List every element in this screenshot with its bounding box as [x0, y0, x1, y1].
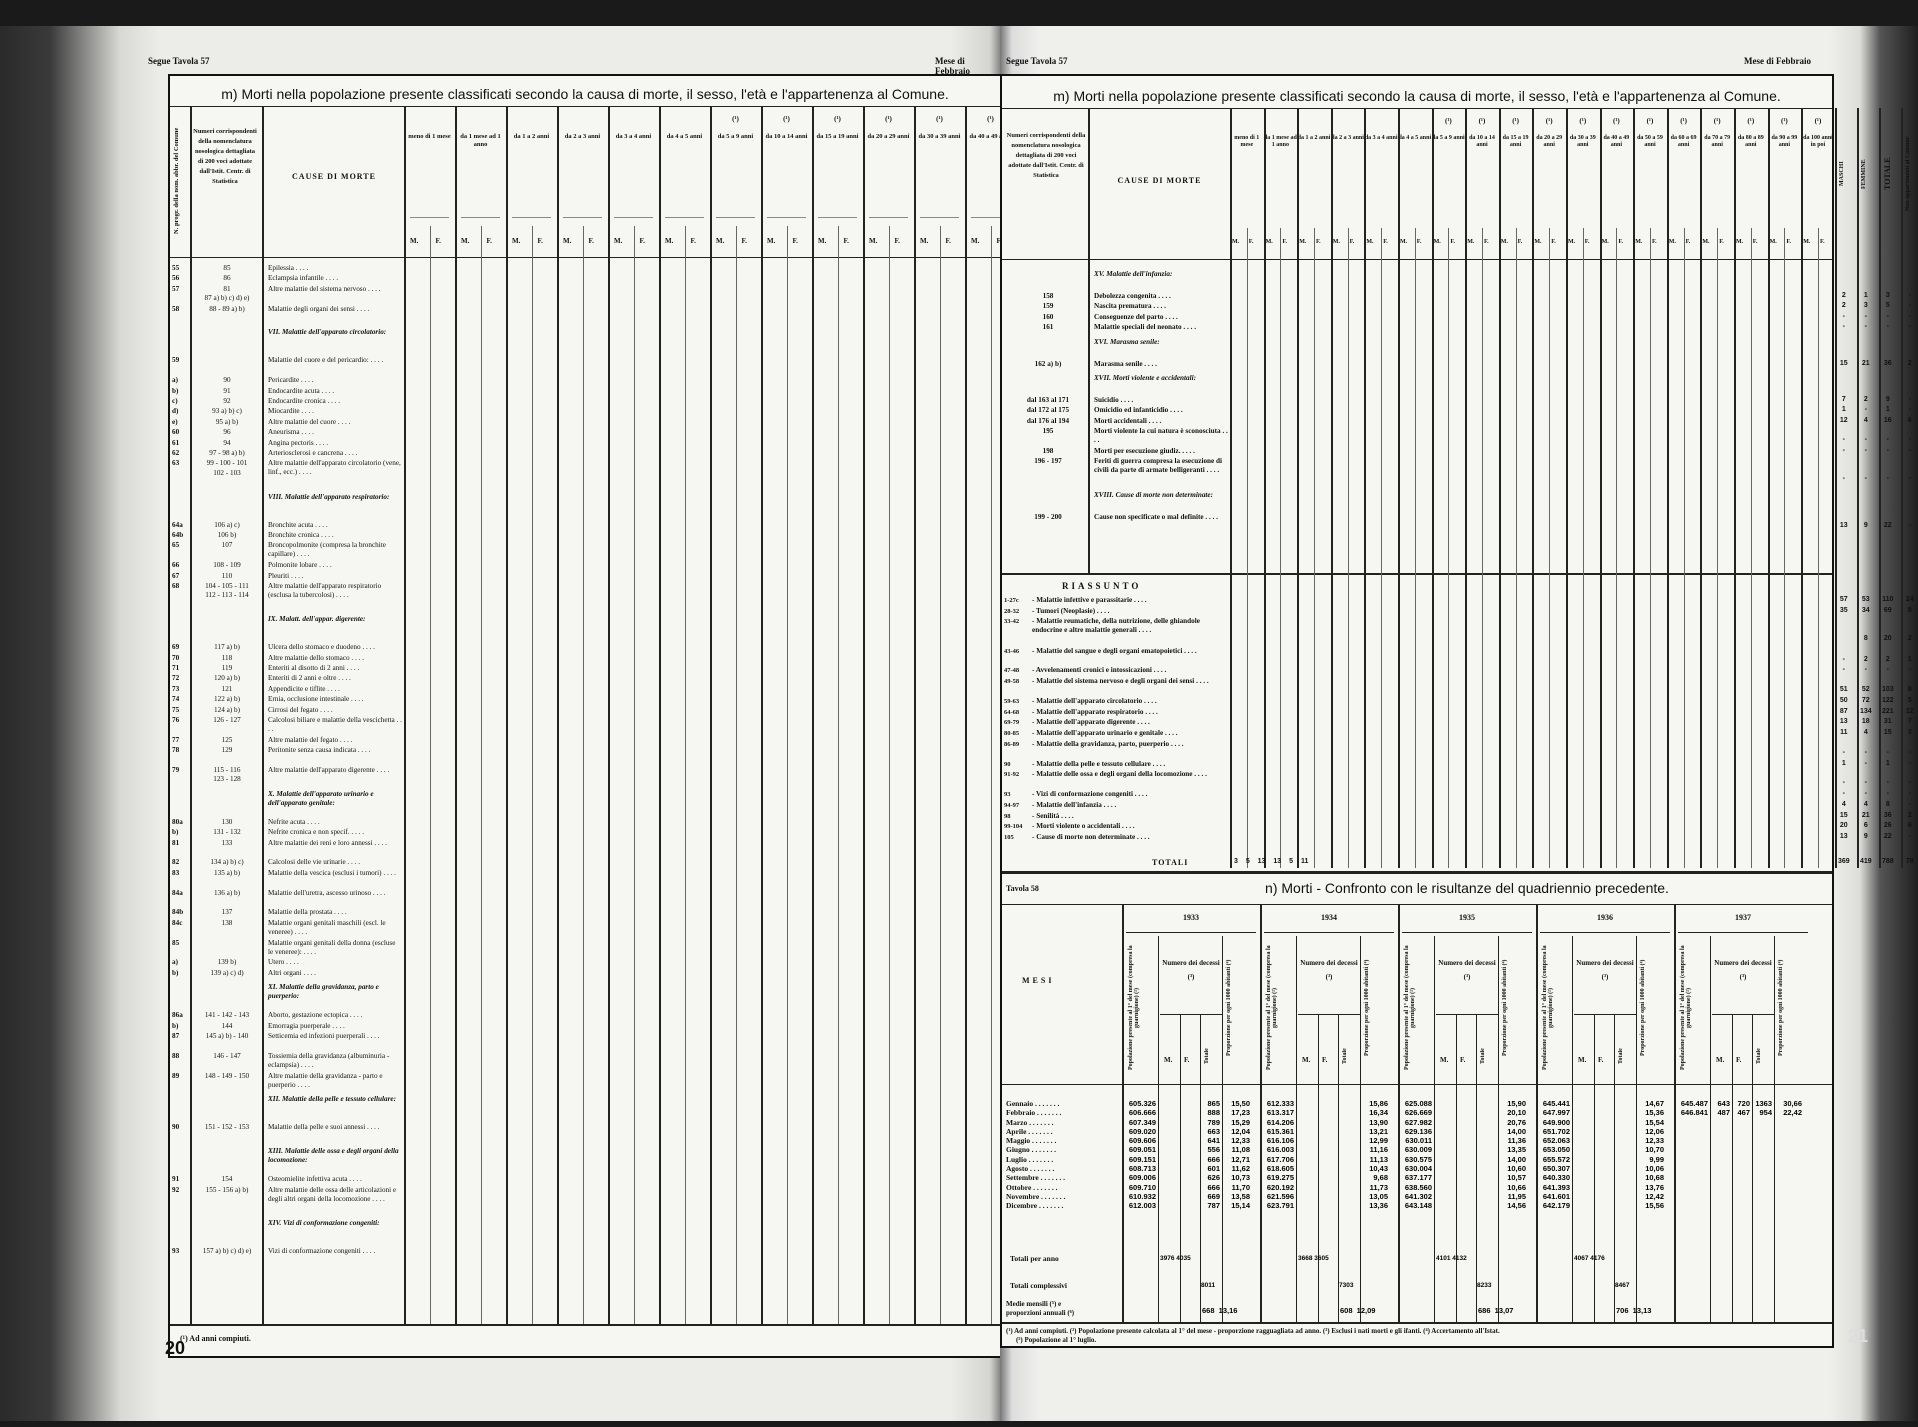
sex-f-label: F. — [1618, 239, 1623, 245]
row-nomenclature: 135 a) b) — [192, 869, 262, 878]
total-cell: - — [1879, 447, 1897, 454]
footnote-marker: (¹) — [761, 115, 812, 123]
row-prog: 92 — [172, 1186, 179, 1195]
row-nomenclature: 159 — [1008, 302, 1088, 311]
row-prog: e) — [172, 418, 178, 427]
proportion-column: 30,66 22,42 — [1774, 1099, 1802, 1118]
row-nomenclature: 161 — [1008, 323, 1088, 332]
age-group-header: da 80 a 89 anni — [1734, 135, 1768, 149]
riassunto-code: 93 — [1004, 790, 1011, 799]
deaths-total-column: 1363 954 — [1752, 1099, 1772, 1118]
col-totale: Totale — [1342, 1036, 1356, 1076]
riassunto-cell: 2 — [1857, 656, 1875, 663]
mortality-table-right: m) Morti nella popolazione presente clas… — [1000, 74, 1834, 1348]
col-m: M. — [1716, 1056, 1724, 1064]
monthly-avg-cell: 686 13,07 — [1478, 1306, 1528, 1315]
age-group-header: da 3 a 4 anni — [609, 133, 658, 141]
row-nomenclature: 198 — [1008, 447, 1088, 456]
riassunto-cell: - — [1879, 790, 1897, 797]
year-header: 1935 — [1398, 914, 1536, 922]
row-nomenclature: 131 - 132 — [192, 828, 262, 837]
col-m: M. — [1578, 1056, 1586, 1064]
footnote-marker: (¹) — [1600, 117, 1634, 125]
totals-complex-cell: 7303 — [1339, 1281, 1359, 1290]
row-totals-year: Totali per anno — [1010, 1254, 1059, 1263]
sex-m-label: M. — [1534, 239, 1541, 245]
riassunto-cell: 24 — [1901, 596, 1918, 603]
sex-f-label: F. — [1282, 239, 1287, 245]
row-cause: Malattie dell'uretra, ascesso urinoso . … — [268, 889, 402, 898]
riassunto-cell: - — [1901, 833, 1918, 840]
row-nomenclature: dal 163 al 171 — [1008, 396, 1088, 405]
total-cell: 5 — [1879, 302, 1897, 309]
comparison-footnote-2: (⁵) Popolazione al 1° luglio. — [1016, 1336, 1096, 1344]
row-prog: 84c — [172, 919, 182, 928]
totals-year-cell: 3976 4035 — [1160, 1254, 1202, 1263]
grand-total-cell: 788 — [1879, 858, 1897, 865]
riassunto-cell: 2 — [1879, 656, 1897, 663]
riassunto-code: 49-58 — [1004, 677, 1019, 686]
grand-total-cell: 78 — [1901, 858, 1918, 865]
riassunto-cell: 7 — [1901, 718, 1918, 725]
riassunto-cause: - Malattie reumatiche, della nutrizione,… — [1032, 617, 1228, 635]
col-proportion: Proporzione per ogni 1000 abitanti (⁴) — [1778, 938, 1806, 1078]
footnote-marker: (¹) — [1499, 117, 1533, 125]
riassunto-cause: - Vizi di conformazione congeniti . . . … — [1032, 790, 1228, 799]
total-cell: 2 — [1901, 360, 1918, 367]
footnote-marker: (¹) — [965, 115, 1000, 123]
running-head-right: Mese di Febbraio — [935, 56, 1000, 76]
total-cell: - — [1879, 475, 1897, 482]
age-group-header: da 4 a 5 anni — [660, 133, 709, 141]
row-prog: 85 — [172, 939, 179, 948]
totals-year-cell: 3668 3605 — [1298, 1254, 1340, 1263]
sex-f-label: F. — [1686, 239, 1691, 245]
riassunto-cell: - — [1857, 666, 1875, 673]
total-cell: 3 — [1879, 292, 1897, 299]
total-cell: - — [1901, 406, 1918, 413]
riassunto-code: 105 — [1004, 833, 1014, 842]
running-head-left-r: Segue Tavola 57 — [1006, 56, 1068, 66]
sex-f-label: F. — [1585, 239, 1590, 245]
sex-f-label: F. — [742, 237, 747, 245]
row-nomenclature: 199 - 200 — [1008, 513, 1088, 522]
row-cause: Utero . . . . — [268, 958, 402, 967]
row-cause: Eclampsia infantile . . . . — [268, 274, 402, 283]
row-cause: Suicidio . . . . — [1094, 396, 1228, 405]
row-nomenclature: 130 — [192, 818, 262, 827]
row-cause: Nascita prematura . . . . — [1094, 302, 1228, 311]
sex-m-label: M. — [1568, 239, 1575, 245]
row-nomenclature: 85 — [192, 264, 262, 273]
col-proportion: Proporzione per ogni 1000 abitanti (⁴) — [1226, 938, 1254, 1078]
sex-f-label: F. — [1350, 239, 1355, 245]
riassunto-cell: 134 — [1857, 708, 1875, 715]
sex-m-label: M. — [1266, 239, 1273, 245]
riassunto-cell: 4 — [1857, 729, 1875, 736]
table-header: N. progr. della nom. abbr. del Comune Nu… — [170, 106, 1000, 258]
sex-f-label: F. — [1417, 239, 1422, 245]
sex-m-label: M. — [1400, 239, 1407, 245]
section-title: XII. Malattie della pelle e tessuto cell… — [268, 1095, 402, 1104]
riassunto-cell: 52 — [1857, 686, 1875, 693]
riassunto-cell: - — [1835, 749, 1853, 756]
total-cell: - — [1857, 447, 1875, 454]
row-prog: 93 — [172, 1247, 179, 1256]
header-prog: N. progr. della nom. abbr. del Comune — [173, 111, 185, 251]
row-cause: Malattie della prostata . . . . — [268, 908, 402, 917]
comparison-table-label: Tavola 58 — [1006, 884, 1039, 893]
row-nomenclature: 129 — [192, 746, 262, 755]
row-cause: Malattie del cuore e del pericardio: . .… — [268, 356, 402, 365]
age-group-header: da 15 a 19 anni — [813, 133, 862, 141]
row-prog: 67 — [172, 572, 179, 581]
sex-f-label: F. — [895, 237, 900, 245]
row-prog: 58 — [172, 305, 179, 314]
riassunto-cell: 103 — [1879, 686, 1897, 693]
riassunto-cell: 50 — [1835, 697, 1853, 704]
age-group-header: da 4 a 5 anni — [1398, 135, 1432, 142]
sex-f-label: F. — [1551, 239, 1556, 245]
riassunto-cause: - Malattie dell'apparato circolatorio . … — [1032, 697, 1228, 706]
riassunto-cell: 5 — [1901, 697, 1918, 704]
total-cell: 13 — [1835, 522, 1853, 529]
total-cell: 16 — [1879, 417, 1897, 424]
sex-m-label: M. — [1669, 239, 1676, 245]
age-group-header: meno di 1 mese — [1230, 135, 1264, 149]
row-prog: 78 — [172, 746, 179, 755]
col-m: M. — [1440, 1056, 1448, 1064]
riassunto-code: 86-89 — [1004, 740, 1019, 749]
footnote-marker: (¹) — [914, 115, 965, 123]
row-prog: 81 — [172, 839, 179, 848]
row-cause: Morti violente la cui natura è sconosciu… — [1094, 427, 1228, 445]
population-column: 645.441 647.997 649.900 651.702 652.063 … — [1538, 1099, 1570, 1211]
sex-f-label: F. — [1786, 239, 1791, 245]
row-cause: Broncopolmonite (compresa la bronchite c… — [268, 541, 402, 559]
row-prog: 73 — [172, 685, 179, 694]
sex-f-label: F. — [1518, 239, 1523, 245]
row-nomenclature: 119 — [192, 664, 262, 673]
footnote-marker: (¹) — [710, 115, 761, 123]
total-cell: - — [1901, 475, 1918, 482]
row-prog: 59 — [172, 356, 179, 365]
col-proportion: Proporzione per ogni 1000 abitanti (⁴) — [1502, 938, 1530, 1078]
riassunto-cause: - Tumori (Neoplasie) . . . . — [1032, 607, 1228, 616]
row-nomenclature: 94 — [192, 439, 262, 448]
age-group-header: da 15 a 19 anni — [1499, 135, 1533, 149]
row-cause: Vizi di conformazione congeniti . . . . — [268, 1247, 402, 1256]
riassunto-code: 43-46 — [1004, 647, 1019, 656]
footnote-marker: (¹) — [812, 115, 863, 123]
sex-m-label: M. — [1702, 239, 1709, 245]
sex-f-label: F. — [1383, 239, 1388, 245]
riassunto-cell: 6 — [1857, 822, 1875, 829]
total-cell: 2 — [1835, 302, 1853, 309]
sex-m-label: M. — [920, 237, 928, 245]
col-proportion: Proporzione per ogni 1000 abitanti (⁴) — [1640, 938, 1668, 1078]
row-nomenclature: 162 a) b) — [1008, 360, 1088, 369]
riassunto-cause: - Cause di morte non determinate . . . . — [1032, 833, 1228, 842]
row-nomenclature: 95 a) b) — [192, 418, 262, 427]
row-cause: Malattie organi genitali maschili (escl.… — [268, 919, 402, 937]
row-prog: 86a — [172, 1011, 183, 1020]
row-nomenclature: 106 b) — [192, 531, 262, 540]
col-numero: Numero dei decessi (³) — [1712, 956, 1774, 984]
riassunto-cell: 18 — [1857, 718, 1875, 725]
row-cause: Polmonite lobare . . . . — [268, 561, 402, 570]
row-nomenclature: 104 - 105 - 111 112 - 113 - 114 — [192, 582, 262, 600]
footnote-marker: (¹) — [1734, 117, 1768, 125]
row-nomenclature: dal 172 al 175 — [1008, 406, 1088, 415]
age-group-header: meno di 1 mese — [405, 133, 454, 141]
total-cell: - — [1857, 313, 1875, 320]
riassunto-cause: - Morti violente o accidentali . . . . — [1032, 822, 1228, 831]
row-cause: Altre malattie dell'apparato digerente .… — [268, 766, 402, 775]
row-prog: 76 — [172, 716, 179, 725]
totals-complex-cell: 8011 — [1201, 1281, 1221, 1290]
running-head-left: Segue Tavola 57 — [148, 56, 210, 66]
sex-m-label: M. — [1434, 239, 1441, 245]
sex-f-label: F. — [640, 237, 645, 245]
footnote-marker: (¹) — [1768, 117, 1802, 125]
sex-f-label: F. — [1450, 239, 1455, 245]
row-nomenclature: 88 - 89 a) b) — [192, 305, 262, 314]
riassunto-cell: 13 — [1835, 833, 1853, 840]
deaths-f-column: 720 467 — [1732, 1099, 1750, 1118]
row-nomenclature: 90 — [192, 376, 262, 385]
proportion-column: 15,86 16,34 13,90 13,21 12,99 11,16 11,1… — [1360, 1099, 1388, 1211]
sex-m-label: M. — [716, 237, 724, 245]
total-cell: - — [1835, 436, 1853, 443]
riassunto-cause: - Malattie dell'apparato urinario e geni… — [1032, 729, 1228, 738]
sex-f-label: F. — [691, 237, 696, 245]
row-prog: 74 — [172, 695, 179, 704]
age-group-header: da 30 a 39 anni — [915, 133, 964, 141]
col-totale: Totale — [1204, 1036, 1218, 1076]
row-nomenclature: 144 — [192, 1022, 262, 1031]
page-number-left: 20 — [165, 1338, 185, 1359]
total-cell: - — [1857, 323, 1875, 330]
totals-complex-cell: 8233 — [1477, 1281, 1497, 1290]
age-group-header: da 70 a 79 anni — [1700, 135, 1734, 149]
sex-f-label: F. — [844, 237, 849, 245]
section-title: VIII. Malattie dell'apparato respiratori… — [268, 493, 402, 502]
deaths-m-column: 643 487 — [1712, 1099, 1730, 1118]
row-nomenclature: 93 a) b) c) — [192, 407, 262, 416]
riassunto-code: 94-97 — [1004, 801, 1019, 810]
total-cell: 2 — [1835, 292, 1853, 299]
row-cause: Setticemia ed infezioni puerperali . . .… — [268, 1032, 402, 1041]
monthly-avg-cell: 608 12,09 — [1340, 1306, 1390, 1315]
row-cause: Debolezza congenita . . . . — [1094, 292, 1228, 301]
riassunto-cell: 4 — [1857, 801, 1875, 808]
total-cell: 36 — [1879, 360, 1897, 367]
total-cell: - — [1857, 406, 1875, 413]
total-cell: - — [1901, 447, 1918, 454]
riassunto-code: 99-104 — [1004, 822, 1022, 831]
age-group-header: da 1 a 2 anni — [507, 133, 556, 141]
riassunto-cell: - — [1857, 779, 1875, 786]
sex-f-label: F. — [1820, 239, 1825, 245]
riassunto-cell: 15 — [1879, 729, 1897, 736]
riassunto-cell: 122 — [1879, 697, 1897, 704]
riassunto-code: 80-85 — [1004, 729, 1019, 738]
col-numero: Numero dei decessi (³) — [1298, 956, 1360, 984]
row-cause: Altre malattie del fegato . . . . — [268, 736, 402, 745]
riassunto-code: 1-27c — [1004, 596, 1019, 605]
footnote-marker: (¹) — [1667, 117, 1701, 125]
col-numero: Numero dei decessi (³) — [1436, 956, 1498, 984]
row-nomenclature: 96 — [192, 428, 262, 437]
sex-f-label: F. — [1249, 239, 1254, 245]
row-nomenclature: 139 a) c) d) — [192, 969, 262, 978]
sex-m-label: M. — [1299, 239, 1306, 245]
age-group-header: da 30 a 39 anni — [1566, 135, 1600, 149]
totals-complex-cell: 8467 — [1615, 1281, 1635, 1290]
row-cause: Angina pectoris . . . . — [268, 439, 402, 448]
total-cell: 3 — [1857, 302, 1875, 309]
row-cause: Bronchite acuta . . . . — [268, 521, 402, 530]
row-cause: Altre malattie della gravidanza - parto … — [268, 1072, 402, 1090]
riassunto-cell: 22 — [1879, 833, 1897, 840]
section-title: XIII. Malattie delle ossa e degli organi… — [268, 1147, 402, 1165]
row-cause: Altre malattie del sistema nervoso . . .… — [268, 285, 402, 294]
riassunto-cell: - — [1901, 790, 1918, 797]
riassunto-cell: - — [1857, 749, 1875, 756]
left-page: Segue Tavola 57 Mese di Febbraio m) Mort… — [0, 26, 1000, 1421]
row-nomenclature: 122 a) b) — [192, 695, 262, 704]
riassunto-cell: 1 — [1879, 760, 1897, 767]
sex-f-label: F. — [538, 237, 543, 245]
row-prog: 84b — [172, 908, 183, 917]
total-cell: - — [1901, 396, 1918, 403]
sex-m-label: M. — [614, 237, 622, 245]
riassunto-cell: 35 — [1835, 607, 1853, 614]
riassunto-cell: 6 — [1901, 822, 1918, 829]
total-cell: - — [1901, 313, 1918, 320]
year-header: 1933 — [1122, 914, 1260, 922]
riassunto-cell: 1 — [1835, 760, 1853, 767]
riassunto-cause: - Malattie della pelle e tessuto cellula… — [1032, 760, 1228, 769]
col-f: F. — [1322, 1056, 1327, 1064]
age-group-header: da 40 a 49 anni — [966, 133, 1000, 141]
row-cause: Enteriti al disotto di 2 anni . . . . — [268, 664, 402, 673]
population-column: 612.333 613.317 614.206 615.361 616.106 … — [1262, 1099, 1294, 1211]
col-f: F. — [1460, 1056, 1465, 1064]
sex-f-label: F. — [793, 237, 798, 245]
row-prog: 82 — [172, 858, 179, 867]
total-cell: 1 — [1879, 406, 1897, 413]
section-title: XV. Malattie dell'infanzia: — [1094, 270, 1228, 279]
row-prog: 56 — [172, 274, 179, 283]
row-prog: 80a — [172, 818, 183, 827]
section-title: XVI. Marasma senile: — [1094, 338, 1228, 347]
row-prog: 57 — [172, 285, 179, 294]
row-nomenclature: 154 — [192, 1175, 262, 1184]
proportion-column: 15,50 17,23 15,29 12,04 12,33 11,08 12,7… — [1222, 1099, 1250, 1211]
row-cause: Bronchite cronica . . . . — [268, 531, 402, 540]
riassunto-cell: 51 — [1835, 686, 1853, 693]
sex-m-label: M. — [410, 237, 418, 245]
total-cell: 21 — [1857, 360, 1875, 367]
riassunto-cell: 8 — [1901, 607, 1918, 614]
sex-m-label: M. — [971, 237, 979, 245]
riassunto-cell: 221 — [1879, 708, 1897, 715]
header-extra: Non appartenenti al Comune — [1905, 129, 1918, 219]
row-prog: 91 — [172, 1175, 179, 1184]
year-header: 1934 — [1260, 914, 1398, 922]
row-nomenclature: 141 - 142 - 143 — [192, 1011, 262, 1020]
total-cell: - — [1835, 447, 1853, 454]
sex-m-label: M. — [1467, 239, 1474, 245]
population-column: 645.487 646.841 — [1676, 1099, 1708, 1118]
row-nomenclature: 110 — [192, 572, 262, 581]
age-group-header: da 60 a 69 anni — [1667, 135, 1701, 149]
row-cause: Emorragia puerperale . . . . — [268, 1022, 402, 1031]
total-cell: - — [1835, 313, 1853, 320]
age-group-header: da 40 a 49 anni — [1600, 135, 1634, 149]
sex-m-label: M. — [767, 237, 775, 245]
row-cause: Marasma senile . . . . — [1094, 360, 1228, 369]
footnote: (¹) Ad anni compiuti. — [180, 1334, 251, 1343]
total-cell: - — [1835, 475, 1853, 482]
riassunto-cell: 87 — [1835, 708, 1853, 715]
row-cause: Endocardite cronica . . . . — [268, 397, 402, 406]
row-cause: Morti per esecuzione giudiz. . . . . — [1094, 447, 1228, 456]
riassunto-cell: 57 — [1835, 596, 1853, 603]
row-prog: 61 — [172, 439, 179, 448]
sex-f-label: F. — [1652, 239, 1657, 245]
sex-m-label: M. — [1232, 239, 1239, 245]
riassunto-cell: 21 — [1857, 812, 1875, 819]
sex-m-label: M. — [512, 237, 520, 245]
riassunto-cell: 110 — [1879, 596, 1897, 603]
row-prog: b) — [172, 387, 178, 396]
riassunto-cause: - Malattie della gravidanza, parto, puer… — [1032, 740, 1228, 749]
row-prog: 71 — [172, 664, 179, 673]
age-group-header: da 20 a 29 anni — [864, 133, 913, 141]
sex-m-label: M. — [1366, 239, 1373, 245]
riassunto-code: 98 — [1004, 812, 1011, 821]
age-group-header: da 100 anni in poi — [1801, 135, 1835, 149]
col-numero: Numero dei decessi (³) — [1160, 956, 1222, 984]
totals-label: TOTALI — [1152, 858, 1188, 867]
row-nomenclature: 146 - 147 — [192, 1052, 262, 1061]
row-prog: 65 — [172, 541, 179, 550]
riassunto-code: 47-48 — [1004, 666, 1019, 675]
footnote-marker: (¹) — [1532, 117, 1566, 125]
total-cell: 22 — [1879, 522, 1897, 529]
row-cause: Cirrosi del fegato . . . . — [268, 706, 402, 715]
total-cell: 1 — [1835, 406, 1853, 413]
section-title: XVIII. Cause di morte non determinate: — [1094, 491, 1228, 500]
col-totale: Totale — [1480, 1036, 1494, 1076]
row-prog: 64a — [172, 521, 183, 530]
monthly-avg-cell: 706 13,13 — [1616, 1306, 1666, 1315]
riassunto-cell: 9 — [1857, 833, 1875, 840]
riassunto-cell: - — [1835, 790, 1853, 797]
row-cause: Ernia, occlusione intestinale . . . . — [268, 695, 402, 704]
row-nomenclature: 107 — [192, 541, 262, 550]
row-cause: Tossiemia della gravidanza (albuminuria … — [268, 1052, 402, 1070]
age-group-header: da 90 a 99 anni — [1768, 135, 1802, 149]
total-cell: - — [1879, 313, 1897, 320]
riassunto-cell: 3 — [1901, 729, 1918, 736]
riassunto-code: 69-79 — [1004, 718, 1019, 727]
total-cell: 12 — [1835, 417, 1853, 424]
total-cell: - — [1901, 436, 1918, 443]
